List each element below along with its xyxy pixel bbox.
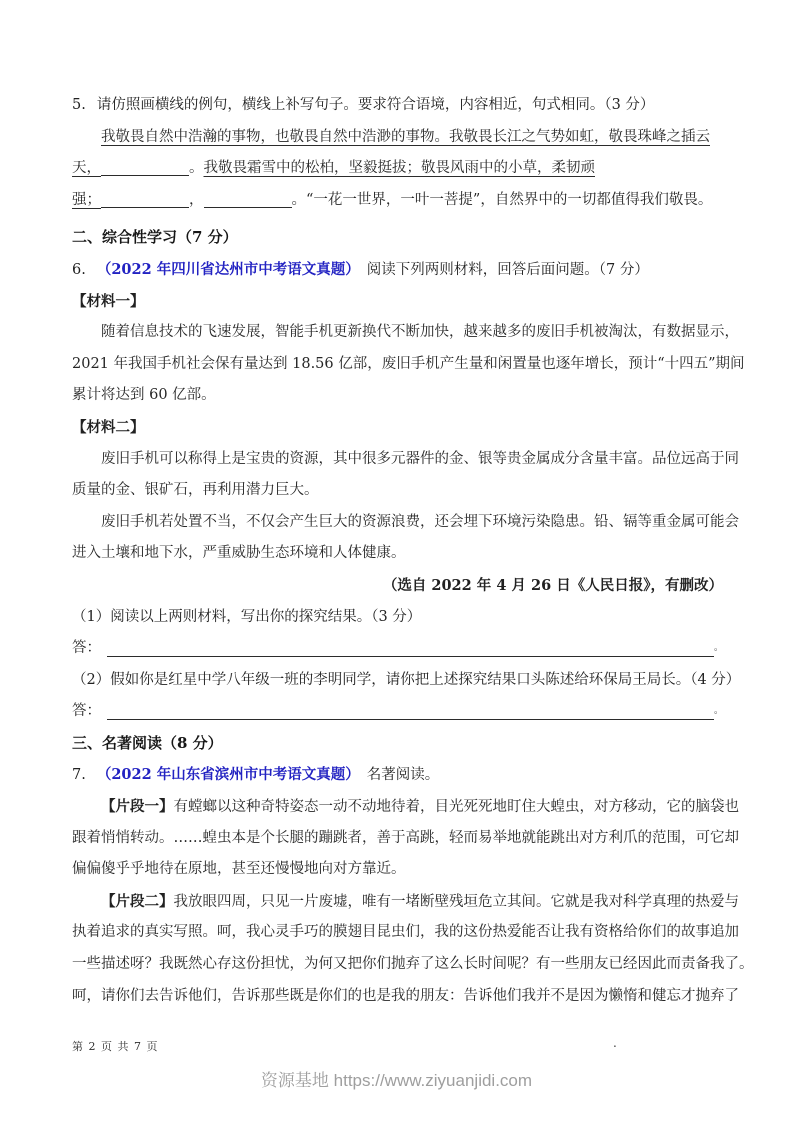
- q5-blank-1: [101, 171, 189, 176]
- q7-stem: 7.（2022 年山东省滨州市中考语文真题）名著阅读。: [72, 759, 723, 791]
- q6-answer-line-1: 答：。: [72, 633, 723, 665]
- site-watermark: 资源基地 https://www.ziyuanjidi.com: [0, 1066, 793, 1091]
- page-number-footer: 第 2 页 共 7 页: [72, 1037, 158, 1057]
- q5-line2-lead: 天，: [72, 160, 101, 176]
- document-content: 5.请仿照画横线的例句，横线上补写句子。要求符合语境，内容相近，句式相同。（3 …: [72, 90, 723, 1012]
- fragment-1-line-2: 跟着悄悄转动。……蝗虫本是个长腿的蹦跳者，善于高跳，轻而易举地就能跳出对方利爪的…: [72, 823, 723, 855]
- q5-line3-lead: 强；: [72, 192, 101, 208]
- q6-stem: 6.（2022 年四川省达州市中考语文真题）阅读下列两则材料，回答后面问题。（7…: [72, 254, 723, 286]
- fragment-1-label: 【片段一】: [101, 798, 174, 815]
- fragment-1-line-3: 偏偏傻乎乎地待在原地，甚至还慢慢地向对方靠近。: [72, 854, 723, 886]
- q5-line2-period: 。: [189, 160, 204, 176]
- stray-dot-artifact: .: [613, 1036, 617, 1050]
- section-2-heading: 二、综合性学习（7 分）: [72, 222, 723, 254]
- q6-subquestion-1: （1）阅读以上两则材料，写出你的探究结果。（3 分）: [72, 602, 723, 634]
- material-source-line: （选自 2022 年 4 月 26 日《人民日报》，有删改）: [72, 570, 723, 602]
- fragment-2-line-4: 呵，请你们去告诉他们，告诉那些既是你们的也是我的朋友：告诉他们我并不是因为懒惰和…: [72, 981, 723, 1013]
- answer-blank-line: [107, 696, 714, 728]
- q6-stem-text: 阅读下列两则材料，回答后面问题。（7 分）: [367, 262, 649, 278]
- q5-example-line-1: 我敬畏自然中浩瀚的事物，也敬畏自然中浩渺的事物。我敬畏长江之气势如虹，敬畏珠峰之…: [72, 122, 723, 154]
- material-2-label: 【材料二】: [72, 412, 723, 444]
- q5-line3-closing-text: “一花一世界，一叶一菩提”，自然界中的一切都值得我们敬畏。: [306, 192, 712, 208]
- material-1-line-3: 累计将达到 60 亿部。: [72, 380, 723, 412]
- answer-blank-line: [107, 633, 714, 665]
- answer-label: 答：: [72, 696, 101, 728]
- q5-line2-underlined-text: 我敬畏霜雪中的松柏，坚毅挺拔；敬畏风雨中的小草，柔韧顽: [204, 160, 596, 176]
- fragment-2-line-2: 执着追求的真实写照。呵，我心灵手巧的膜翅目昆虫们，我的这份热爱能否让我有资格给你…: [72, 917, 723, 949]
- q5-blank-3: [204, 203, 292, 208]
- q7-number: 7.: [72, 760, 86, 792]
- q6-subquestion-2: （2）假如你是红星中学八年级一班的李明同学，请你把上述探究结果口头陈述给环保局王…: [72, 665, 723, 697]
- q5-line3-comma: ，: [189, 192, 204, 208]
- q5-stem: 5.请仿照画横线的例句，横线上补写句子。要求符合语境，内容相近，句式相同。（3 …: [72, 90, 723, 122]
- material-1-label: 【材料一】: [72, 286, 723, 318]
- q6-answer-line-2: 答：。: [72, 696, 723, 728]
- q7-source-tag: （2022 年山东省滨州市中考语文真题）: [97, 766, 360, 783]
- material-2-para1-line-1: 废旧手机可以称得上是宝贵的资源，其中很多元器件的金、银等贵金属成分含量丰富。品位…: [72, 444, 723, 476]
- q6-source-tag: （2022 年四川省达州市中考语文真题）: [97, 261, 360, 278]
- q6-number: 6.: [72, 255, 86, 287]
- fragment-1-line-1: 【片段一】有螳螂以这种奇特姿态一动不动地待着，目光死死地盯住大蝗虫，对方移动，它…: [72, 791, 723, 823]
- fragment-2-line-1: 【片段二】我放眼四周，只见一片废墟，唯有一堵断壁残垣危立其间。它就是我对科学真理…: [72, 886, 723, 918]
- section-3-heading: 三、名著阅读（8 分）: [72, 728, 723, 760]
- material-2-para2-line-1: 废旧手机若处置不当，不仅会产生巨大的资源浪费，还会埋下环境污染隐患。铅、镉等重金…: [72, 507, 723, 539]
- q5-example-line-2: 天，。我敬畏霜雪中的松柏，坚毅挺拔；敬畏风雨中的小草，柔韧顽: [72, 153, 723, 185]
- document-page: 5.请仿照画横线的例句，横线上补写句子。要求符合语境，内容相近，句式相同。（3 …: [0, 0, 793, 1122]
- material-1-line-2: 2021 年我国手机社会保有量达到 18.56 亿部，废旧手机产生量和闲置量也逐…: [72, 349, 723, 381]
- q7-stem-text: 名著阅读。: [367, 767, 440, 783]
- answer-end-period: 。: [714, 696, 723, 728]
- material-2-para2-line-2: 进入土壤和地下水，严重威胁生态环境和人体健康。: [72, 538, 723, 570]
- q5-blank-2: [101, 203, 189, 208]
- answer-end-period: 。: [714, 633, 723, 665]
- fragment-2-line-3: 一些描述呀？我既然心存这份担忧，为何又把你们抛弃了这么长时间呢？有一些朋友已经因…: [72, 949, 723, 981]
- q5-line3-period: 。: [292, 192, 307, 208]
- answer-label: 答：: [72, 633, 101, 665]
- q5-number: 5.: [72, 90, 86, 122]
- fragment-2-label: 【片段二】: [101, 893, 174, 910]
- material-2-para1-line-2: 质量的金、银矿石，再利用潜力巨大。: [72, 475, 723, 507]
- q5-stem-text: 请仿照画横线的例句，横线上补写句子。要求符合语境，内容相近，句式相同。（3 分）: [97, 97, 655, 113]
- q5-example-underlined-text: 我敬畏自然中浩瀚的事物，也敬畏自然中浩渺的事物。我敬畏长江之气势如虹，敬畏珠峰之…: [101, 129, 710, 145]
- q5-example-line-3: 强；，。“一花一世界，一叶一菩提”，自然界中的一切都值得我们敬畏。: [72, 185, 723, 217]
- material-1-line-1: 随着信息技术的飞速发展，智能手机更新换代不断加快，越来越多的废旧手机被淘汰，有数…: [72, 317, 723, 349]
